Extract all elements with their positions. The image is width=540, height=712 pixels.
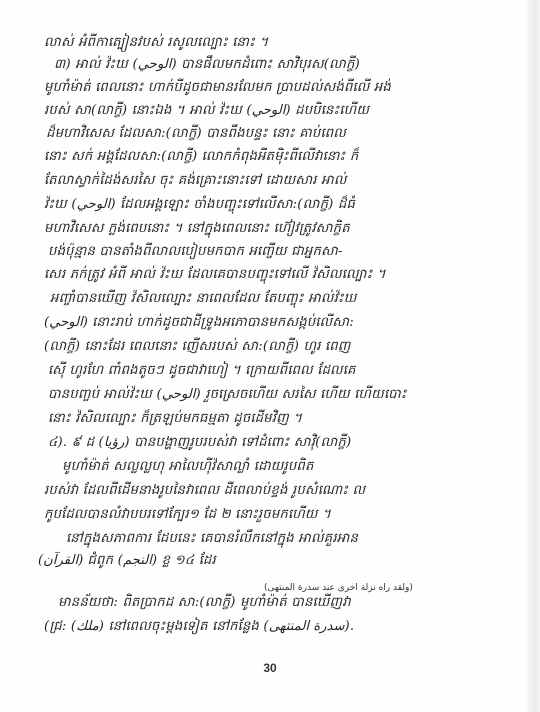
text-line: មានន័យថា: ពិតប្រាកដ សា:(លាក្ខី) មូហាំម៉ា… (58, 594, 351, 612)
text-line: មូហាំម៉ាត់ ពេលនោះ ហាក់បីដូចជាមានរលែមក ប្… (44, 79, 391, 97)
page-number: 30 (0, 661, 540, 675)
text-line: (القرآن) ជំពូក (النجم) ខ្ល ១៤ ដែរ (38, 552, 216, 570)
text-line: បង់ប៉ុន្មាន បានតាំងពីលាលបៀបមកបាក អញ្ចើយ … (48, 243, 343, 261)
text-line: (ជ្រ: (ملك) នៅពេលចុះម្ដងទៀត នៅកន្លែង (سد… (44, 618, 354, 636)
text-line: វ៉ះឃ (الوحي) ដែលអង្គឡោះ ចាំងបញ្ចុះទៅលើសា… (44, 196, 355, 214)
text-line: របស់វា ដែលពីដើមនាងរូបនៃវាពេល ដីពេលាប់ខ្ទ… (44, 482, 365, 500)
text-line: នោះ សក់ អង្គដែលសា:(លាក្ខី) លោកកំពុងអីតម៉… (44, 148, 358, 166)
text-line: អញ្ចាំបានឃើញ វ៉សិលល្បោះ នាពេលដែល តែបញ្ចុ… (50, 290, 357, 308)
text-line: (លាក្ខី) នោះដែរ ពេលនោះ ញើសរបស់ សា:(លាក្ខ… (44, 338, 351, 356)
text-line: តែលាស្វាក់ដៃង់សរសៃ ចុះ គង់គ្រោះនោះទៅ ដោយ… (44, 172, 347, 190)
text-line: សេរ ភក់ត្រូវ អំពី អាល់ វ៉ះឃ ដែលគេបានបញ្ច… (44, 266, 386, 284)
text-line: លាស់ អំពីកាត្បៀនវបស់ រសូលល្បោះ នោះ ។ (44, 34, 268, 52)
text-line: (الوحي) នោះរាប់ ហាក់ដូចជាដីទ្រូងអភោបានមក… (44, 314, 354, 332)
text-line: បានបញ្ចប់ អាល់វ៉ះឃ (الوحي) រួចស្រេចហើយ ស… (48, 386, 407, 404)
text-line: ៤). ៩ ដ (رؤيا) បានបង្ហាញរូបរបស់វា ទៅដំពោ… (48, 434, 351, 452)
text-line: មូហាំម៉ាត់ សល្លល្លហុ អាលៃហ៊ីវ៉សាល្លាំ ដោ… (62, 458, 314, 476)
text-line: មហាវិសេស ក្លង់ពេបនោះ ។ នៅក្នុងពេលនោះ ហ៊ៀ… (44, 220, 350, 238)
text-line: កូបដែលបានលំវាបបរទៅក្បែរ១ ដែ ២ នោះរួចមកហើ… (44, 506, 331, 524)
text-line: ៣) អាល់ វ៉ះឃ (الوحي) បានផឹលមកដំពោះ សាវិប… (54, 56, 360, 74)
scanned-page: លាស់ អំពីកាត្បៀនវបស់ រសូលល្បោះ នោះ ។ ៣) … (0, 0, 540, 712)
scan-edge-shadow (526, 0, 540, 712)
text-line: របស់ សា(លាក្ខី) នោះឯង ។ អាល់ វ៉ះឃ (الوحي… (44, 102, 369, 120)
text-line: នោះ វ៉សិលល្បោះ ក៏ត្រឡប់មកធម្មតា ដូចដើមវិ… (48, 410, 302, 428)
text-line: ដ៏មហាវិសេស ដែលសា:(លាក្ខី) បានពឹងបន្ទះ នោ… (46, 125, 346, 143)
text-line: ស៊ើ ហូរហែ ពាំពងតូចៗ ដូចជាវាហៀ ។ ក្រោយពីព… (48, 362, 356, 380)
text-line: នៅក្នុងសភាពការ ដែបនេះ គេបានរំលឹកនៅក្នុង … (66, 530, 358, 548)
